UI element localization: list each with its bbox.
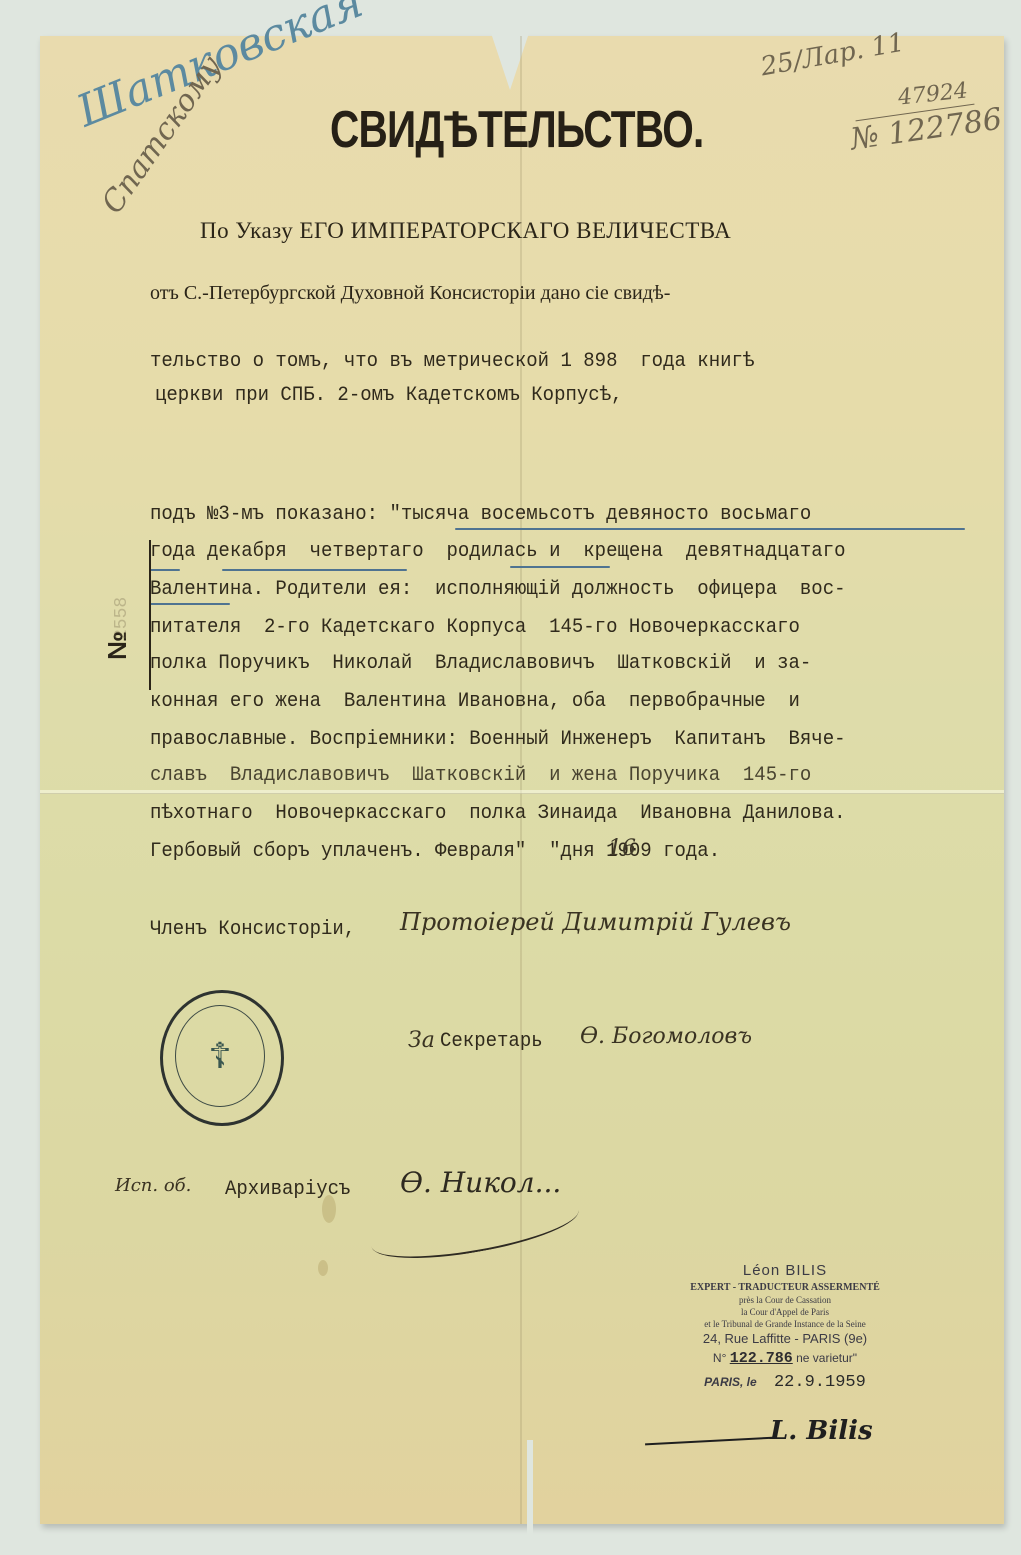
number-suffix: ne varietur": [796, 1351, 857, 1365]
underline-month-2: [222, 569, 407, 571]
horizontal-fold-line: [40, 790, 1004, 794]
body-line-6: конная его жена Валентина Ивановна, оба …: [150, 690, 800, 713]
translation-number: 122.786: [730, 1350, 793, 1367]
body-line-9: пѣхотнаго Новочеркасскаго полка Зинаида …: [150, 802, 846, 825]
translator-stamp: Léon BILIS EXPERT - TRADUCTEUR ASSERMENT…: [660, 1262, 910, 1392]
bottom-tear: [527, 1440, 533, 1540]
translator-court-2: la Cour d'Appel de Paris: [660, 1307, 910, 1317]
underline-birth-year: [455, 528, 965, 530]
translator-name: Léon BILIS: [660, 1262, 910, 1279]
body-line-5: полка Поручикъ Николай Владиславовичъ Ша…: [150, 652, 811, 675]
document-title: СВИДѢТЕЛЬСТВО.: [330, 100, 704, 160]
translator-role: EXPERT - TRADUCTEUR ASSERMENTÉ: [660, 1282, 910, 1293]
secretary-prefix: За: [408, 1028, 435, 1053]
body-line-8: славъ Владиславовичъ Шатковскій и жена П…: [150, 764, 811, 787]
underline-month: [150, 569, 180, 571]
translator-address: 24, Rue Laffitte - PARIS (9e): [660, 1331, 910, 1346]
translator-date-row: PARIS, le 22.9.1959: [660, 1373, 910, 1392]
secretary-signature: Ѳ. Богомоловъ: [580, 1024, 752, 1049]
consistory-seal: ☦: [160, 990, 284, 1126]
body-line-1: подъ №3-мъ показано: "тысяча восемьсотъ …: [150, 503, 811, 526]
margin-bar: [149, 540, 151, 690]
double-eagle-icon: ☦: [175, 1005, 265, 1107]
faint-margin-number: 2558: [112, 597, 132, 640]
body-line-4: питателя 2-го Кадетскаго Корпуса 145-го …: [150, 616, 800, 639]
translator-number-row: N° 122.786 ne varietur": [660, 1350, 910, 1367]
body-line-3: Валентина. Родители ея: исполняющій долж…: [150, 578, 846, 601]
underline-born: [510, 566, 610, 568]
stain: [322, 1195, 336, 1223]
body-line-7: православные. Воспріемники: Военный Инже…: [150, 728, 846, 751]
intro-line-1: отъ С.-Петербургской Духовной Консисторі…: [150, 282, 670, 305]
archivist-signature: Ѳ. Никол...: [400, 1166, 561, 1199]
secretary-label: Секретарь: [440, 1030, 543, 1053]
translator-court-3: et le Tribunal de Grande Instance de la …: [660, 1319, 910, 1329]
date-prefix: PARIS, le: [704, 1375, 756, 1389]
translation-date: 22.9.1959: [774, 1373, 866, 1392]
number-prefix: N°: [713, 1351, 726, 1365]
stain: [318, 1260, 328, 1276]
member-signature: Протоіерей Димитрій Гулевъ: [400, 908, 791, 936]
underline-name: [150, 603, 230, 605]
intro-line-3: церкви при СПБ. 2-омъ Кадетскомъ Корпусѣ…: [155, 384, 622, 407]
translator-signature: L. Bilis: [770, 1416, 873, 1446]
body-line-2: года декабря четвертаго родилась и креще…: [150, 540, 846, 563]
intro-line-2: тельство о томъ, что въ метрической 1 89…: [150, 350, 754, 373]
handwritten-day: 16: [608, 836, 636, 861]
member-label: Членъ Консисторіи,: [150, 918, 355, 941]
translator-court-1: près la Cour de Cassation: [660, 1295, 910, 1305]
archivist-prefix: Исп. об.: [115, 1175, 191, 1196]
decree-header: По Указу ЕГО ИМПЕРАТОРСКАГО ВЕЛИЧЕСТВА: [200, 218, 731, 244]
